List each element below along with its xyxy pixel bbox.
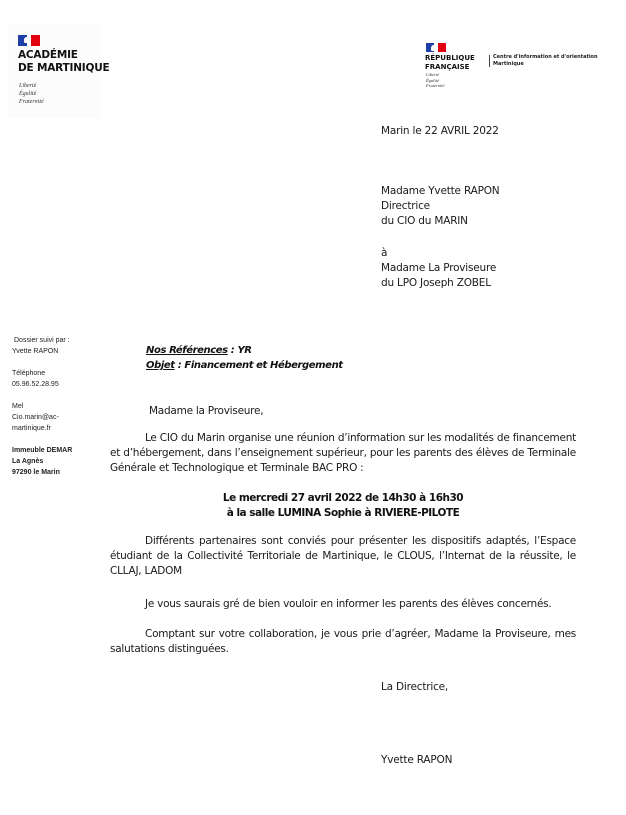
email-value[interactable]: Cio.marin@ac- [12, 412, 72, 423]
closing-title: La Directrice, [381, 680, 448, 695]
email-value[interactable]: martinique.fr [12, 423, 72, 434]
phone-label: Téléphone [12, 368, 72, 379]
paragraph-closing: Comptant sur votre collaboration, je vou… [110, 627, 576, 657]
email-group: Mel Cio.marin@ac- martinique.fr [12, 401, 72, 434]
subject-label: Objet [146, 360, 175, 371]
reference-value: : YR [228, 345, 252, 356]
reference-line: Nos Références : YR [146, 343, 343, 358]
logo-divider [489, 55, 490, 67]
references-block: Nos Références : YR Objet : Financement … [146, 343, 343, 373]
phone-group: Téléphone 05.96.52.28.95 [12, 368, 72, 390]
academie-logo-title: ACADÉMIE DE MARTINIQUE [18, 49, 110, 75]
paragraph-request: Je vous saurais gré de bien vouloir en i… [110, 597, 576, 612]
signature-name: Yvette RAPON [381, 753, 452, 768]
paragraph-intro: Le CIO du Marin organise une réunion d’i… [110, 431, 576, 476]
paragraph-text: Le CIO du Marin organise une réunion d’i… [110, 432, 576, 474]
recipient-organization: du LPO Joseph ZOBEL [381, 276, 496, 291]
recipient-prefix: à [381, 246, 496, 261]
motto-line: Fraternité [19, 98, 44, 106]
address-group: Immeuble DEMAR La Agnès 97290 le Marin [12, 445, 72, 478]
motto-line: Égalité [19, 90, 44, 98]
paragraph-text: Comptant sur votre collaboration, je vou… [110, 628, 576, 655]
cio-subtitle: Centre d'information et d'orientation Ma… [493, 54, 598, 67]
address-line: Immeuble DEMAR [12, 445, 72, 456]
salutation: Madame la Proviseure, [149, 404, 263, 419]
recipient-block: à Madame La Proviseure du LPO Joseph ZOB… [381, 246, 496, 291]
paragraph-partners: Différents partenaires sont conviés pour… [110, 534, 576, 579]
subject-line: Objet : Financement et Hébergement [146, 358, 343, 373]
reference-label: Nos Références [146, 345, 228, 356]
republique-title-line: RÉPUBLIQUE [425, 54, 475, 63]
letter-date: Marin le 22 AVRIL 2022 [381, 124, 499, 139]
paragraph-text: Différents partenaires sont conviés pour… [110, 535, 576, 577]
paragraph-text: Je vous saurais gré de bien vouloir en i… [145, 598, 551, 610]
sender-block: Madame Yvette RAPON Directrice du CIO du… [381, 184, 499, 229]
republique-title-line: FRANÇAISE [425, 63, 475, 72]
academie-title-line: DE MARTINIQUE [18, 62, 110, 75]
phone-value: 05.96.52.28.95 [12, 379, 72, 390]
meeting-details: Le mercredi 27 avril 2022 de 14h30 à 16h… [110, 491, 576, 521]
republique-logo-title: RÉPUBLIQUE FRANÇAISE [425, 54, 475, 71]
academie-title-line: ACADÉMIE [18, 49, 110, 62]
followed-by-group: Dossier suivi par : Yvette RAPON [12, 335, 72, 357]
cio-subtitle-line: Centre d'information et d'orientation [493, 54, 598, 61]
marianne-flag-icon [18, 35, 40, 46]
academie-motto: Liberté Égalité Fraternité [19, 82, 44, 106]
followed-by-label: Dossier suivi par : [12, 335, 72, 346]
subject-value: : Financement et Hébergement [175, 360, 343, 371]
cio-subtitle-line: Martinique [493, 61, 598, 68]
republique-flag-icon [426, 43, 446, 52]
sender-organization: du CIO du MARIN [381, 214, 499, 229]
republique-motto: Liberté Égalité Fraternité [426, 72, 445, 89]
email-label: Mel [12, 401, 72, 412]
recipient-name: Madame La Proviseure [381, 261, 496, 276]
sender-name: Madame Yvette RAPON [381, 184, 499, 199]
address-line: La Agnès [12, 456, 72, 467]
motto-line: Liberté [19, 82, 44, 90]
address-line: 97290 le Marin [12, 467, 72, 478]
meeting-date-time: Le mercredi 27 avril 2022 de 14h30 à 16h… [110, 491, 576, 506]
followed-by-name: Yvette RAPON [12, 346, 72, 357]
contact-sidebar: Dossier suivi par : Yvette RAPON Télépho… [12, 335, 72, 489]
motto-line: Fraternité [426, 83, 445, 89]
meeting-location: à la salle LUMINA Sophie à RIVIERE-PILOT… [110, 506, 576, 521]
sender-title: Directrice [381, 199, 499, 214]
